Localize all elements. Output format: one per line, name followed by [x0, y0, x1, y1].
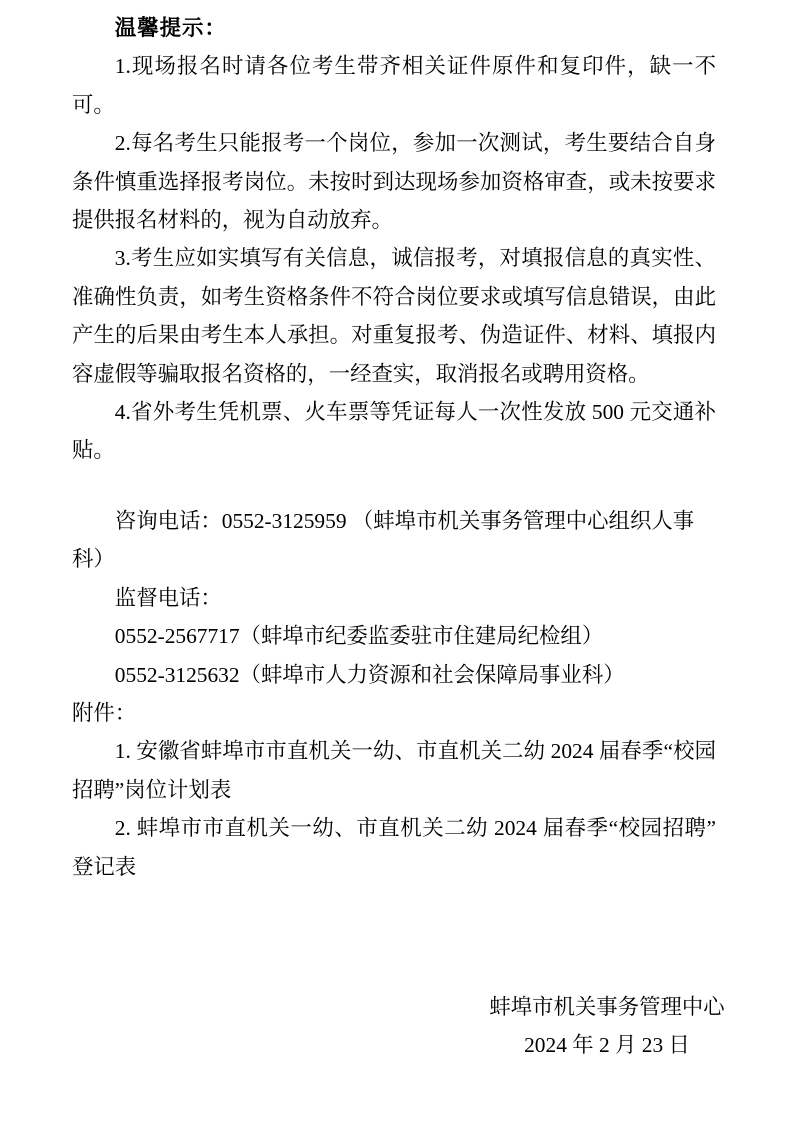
blank-gap — [72, 886, 716, 988]
tip-3: 3.考生应如实填写有关信息，诚信报考，对填报信息的真实性、准确性负责，如考生资格… — [72, 239, 716, 393]
signature-date: 2024 年 2 月 23 日 — [472, 1026, 742, 1064]
attachment-item-1: 1. 安徽省蚌埠市市直机关一幼、市直机关二幼 2024 届春季“校园招聘”岗位计… — [72, 732, 716, 809]
tip-4: 4.省外考生凭机票、火车票等凭证每人一次性发放 500 元交通补贴。 — [72, 393, 716, 470]
supervise-phone-1: 0552-2567717（蚌埠市纪委监委驻市住建局纪检组） — [72, 617, 716, 655]
supervise-phone-2: 0552-3125632（蚌埠市人力资源和社会保障局事业科） — [72, 656, 716, 694]
section-heading: 温馨提示： — [72, 9, 716, 47]
tip-2: 2.每名考生只能报考一个岗位，参加一次测试，考生要结合自身条件慎重选择报考岗位。… — [72, 124, 716, 239]
signature-org: 蚌埠市机关事务管理中心 — [472, 988, 742, 1026]
document-page: 温馨提示： 1.现场报名时请各位考生带齐相关证件原件和复印件，缺一不可。 2.每… — [0, 0, 794, 1122]
tip-1: 1.现场报名时请各位考生带齐相关证件原件和复印件，缺一不可。 — [72, 47, 716, 124]
attachments-label: 附件： — [72, 694, 716, 732]
consult-phone-line: 咨询电话：0552-3125959 （蚌埠市机关事务管理中心组织人事科） — [72, 502, 716, 579]
attachment-item-2: 2. 蚌埠市市直机关一幼、市直机关二幼 2024 届春季“校园招聘”登记表 — [72, 809, 716, 886]
signature-block: 蚌埠市机关事务管理中心 2024 年 2 月 23 日 — [472, 988, 742, 1065]
blank-line — [72, 470, 716, 502]
supervise-phone-label: 监督电话： — [72, 579, 716, 617]
